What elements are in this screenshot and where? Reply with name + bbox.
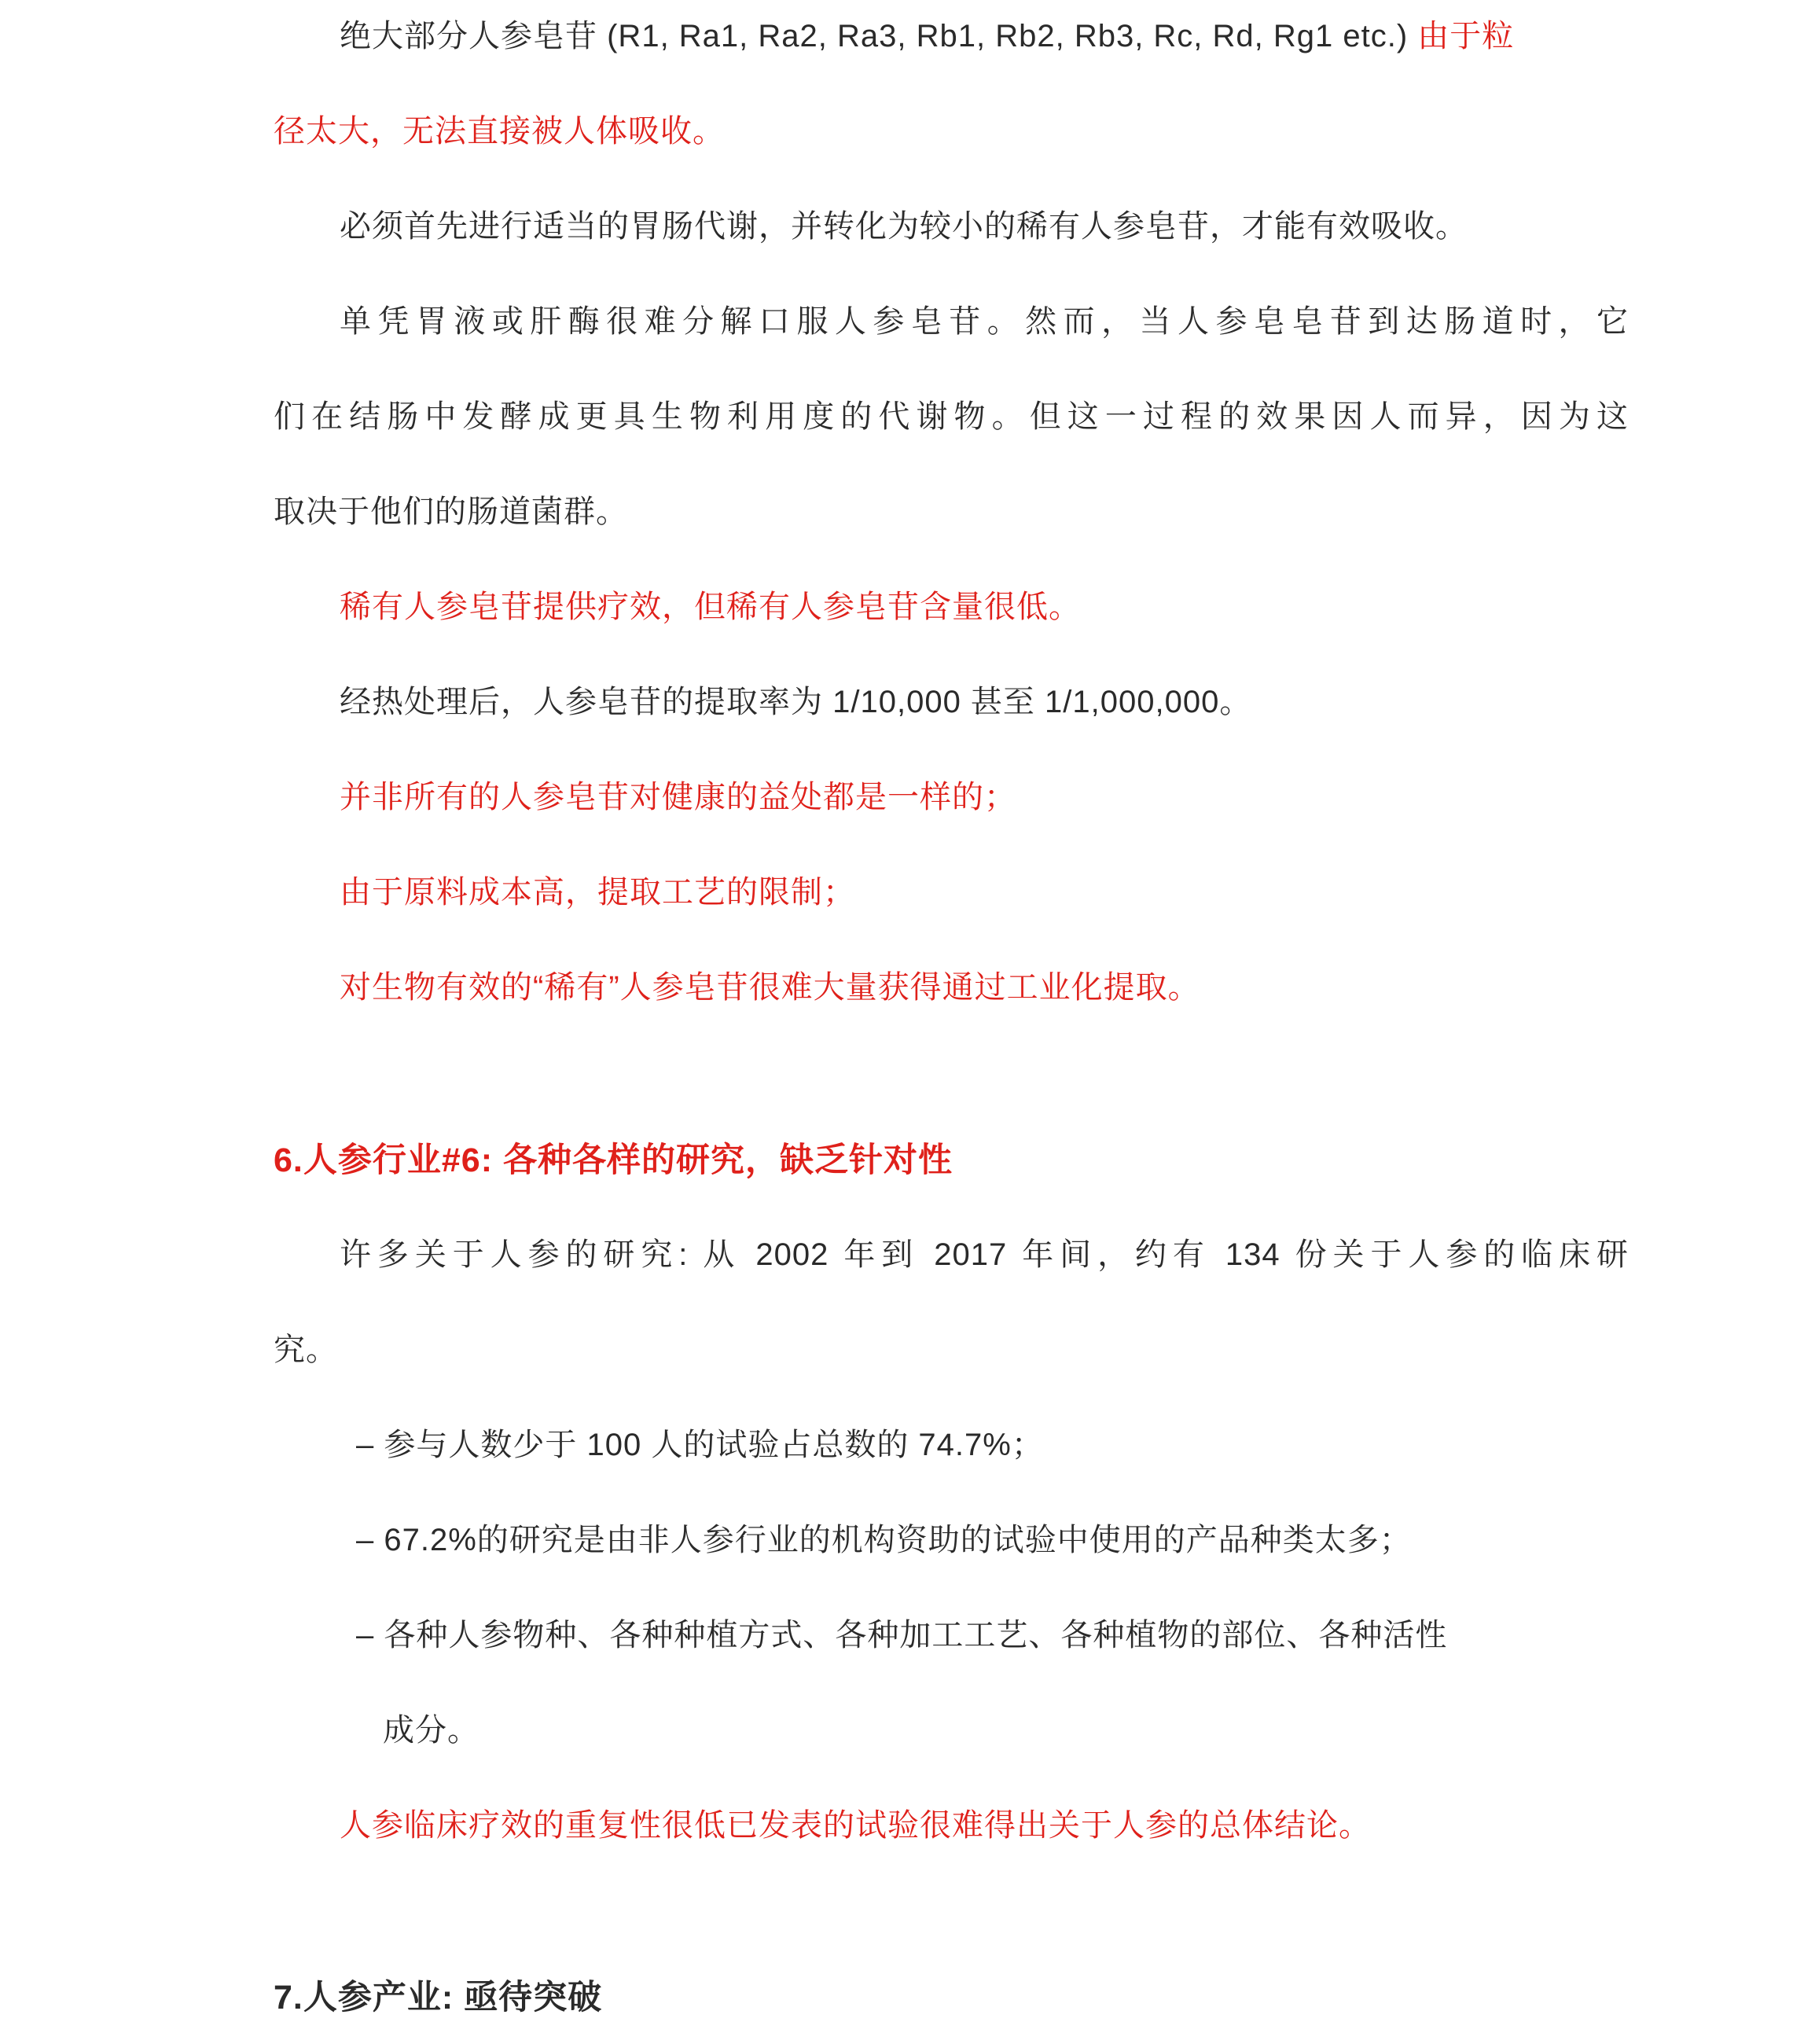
text-line: – 67.2%的研究是由非人参行业的机构资助的试验中使用的产品种类太多； [356,1521,1412,1559]
text-line: 并非所有的人参皂苷对健康的益处都是一样的； [340,778,1016,816]
text-line: 经热处理后，人参皂苷的提取率为 1/10,000 甚至 1/1,000,000。 [340,683,1251,721]
text-line: 取决于他们的肠道菌群。 [274,493,628,531]
text-segment: 6.人参行业#6: 各种各样的研究，缺乏针对性 [274,1141,953,1179]
text-segment: 并非所有的人参皂苷对健康的益处都是一样的； [340,780,1016,814]
text-line: 们在结肠中发酵成更具生物利用度的代谢物。但这一过程的效果因人而异，因为这 [274,398,1629,436]
text-segment: – 各种人参物种、各种种植方式、各种加工工艺、各种植物的部位、各种活性 [356,1618,1447,1652]
text-segment: 由于粒 [1417,19,1514,53]
text-segment: 稀有人参皂苷提供疗效，但稀有人参皂苷含量很低。 [340,590,1081,624]
text-line: 径太大，无法直接被人体吸收。 [274,112,725,150]
text-line: 究。 [274,1331,338,1369]
section-heading: 6.人参行业#6: 各种各样的研究，缺乏针对性 [274,1141,953,1182]
text-line: 成分。 [383,1711,479,1749]
text-segment: 们在结肠中发酵成更具生物利用度的代谢物。但这一过程的效果因人而异，因为这 [274,399,1629,434]
text-segment: 许多关于人参的研究: 从 2002 年到 2017 年间，约有 134 份关于人… [340,1237,1629,1272]
text-line: 对生物有效的“稀有”人参皂苷很难大量获得通过工业化提取。 [340,969,1200,1006]
text-line: 许多关于人参的研究: 从 2002 年到 2017 年间，约有 134 份关于人… [340,1236,1629,1274]
text-line: – 参与人数少于 100 人的试验占总数的 74.7%； [356,1426,1044,1464]
text-segment: 绝大部分人参皂苷 (R1, Ra1, Ra2, Ra3, Rb1, Rb2, R… [340,19,1417,53]
text-line: 人参临床疗效的重复性很低已发表的试验很难得出关于人参的总体结论。 [340,1807,1371,1844]
text-segment: 径太大，无法直接被人体吸收。 [274,114,725,149]
text-segment: 单凭胃液或肝酶很难分解口服人参皂苷。然而，当人参皂皂苷到达肠道时，它 [340,304,1629,339]
text-line: 稀有人参皂苷提供疗效，但稀有人参皂苷含量很低。 [340,588,1081,626]
text-line: 由于原料成本高，提取工艺的限制； [340,873,855,911]
text-segment: – 参与人数少于 100 人的试验占总数的 74.7%； [356,1428,1044,1462]
document-page: 绝大部分人参皂苷 (R1, Ra1, Ra2, Ra3, Rb1, Rb2, R… [0,0,1793,2044]
text-segment: – 67.2%的研究是由非人参行业的机构资助的试验中使用的产品种类太多； [356,1523,1412,1557]
section-heading: 7.人参产业: 亟待突破 [274,1978,602,2019]
text-line: 必须首先进行适当的胃肠代谢，并转化为较小的稀有人参皂苷，才能有效吸收。 [340,208,1468,245]
text-segment: 7.人参产业: 亟待突破 [274,1979,602,2016]
text-line: – 各种人参物种、各种种植方式、各种加工工艺、各种植物的部位、各种活性 [356,1616,1447,1654]
text-segment: 必须首先进行适当的胃肠代谢，并转化为较小的稀有人参皂苷，才能有效吸收。 [340,209,1468,244]
text-segment: 由于原料成本高，提取工艺的限制； [340,875,855,910]
text-segment: 对生物有效的“稀有”人参皂苷很难大量获得通过工业化提取。 [340,970,1200,1005]
text-segment: 成分。 [383,1713,479,1748]
text-segment: 究。 [274,1333,338,1367]
text-line: 绝大部分人参皂苷 (R1, Ra1, Ra2, Ra3, Rb1, Rb2, R… [340,17,1629,55]
text-segment: 人参临床疗效的重复性很低已发表的试验很难得出关于人参的总体结论。 [340,1808,1371,1843]
text-segment: 经热处理后，人参皂苷的提取率为 1/10,000 甚至 1/1,000,000。 [340,685,1251,719]
text-line: 单凭胃液或肝酶很难分解口服人参皂苷。然而，当人参皂皂苷到达肠道时，它 [340,303,1629,340]
text-segment: 取决于他们的肠道菌群。 [274,494,628,529]
